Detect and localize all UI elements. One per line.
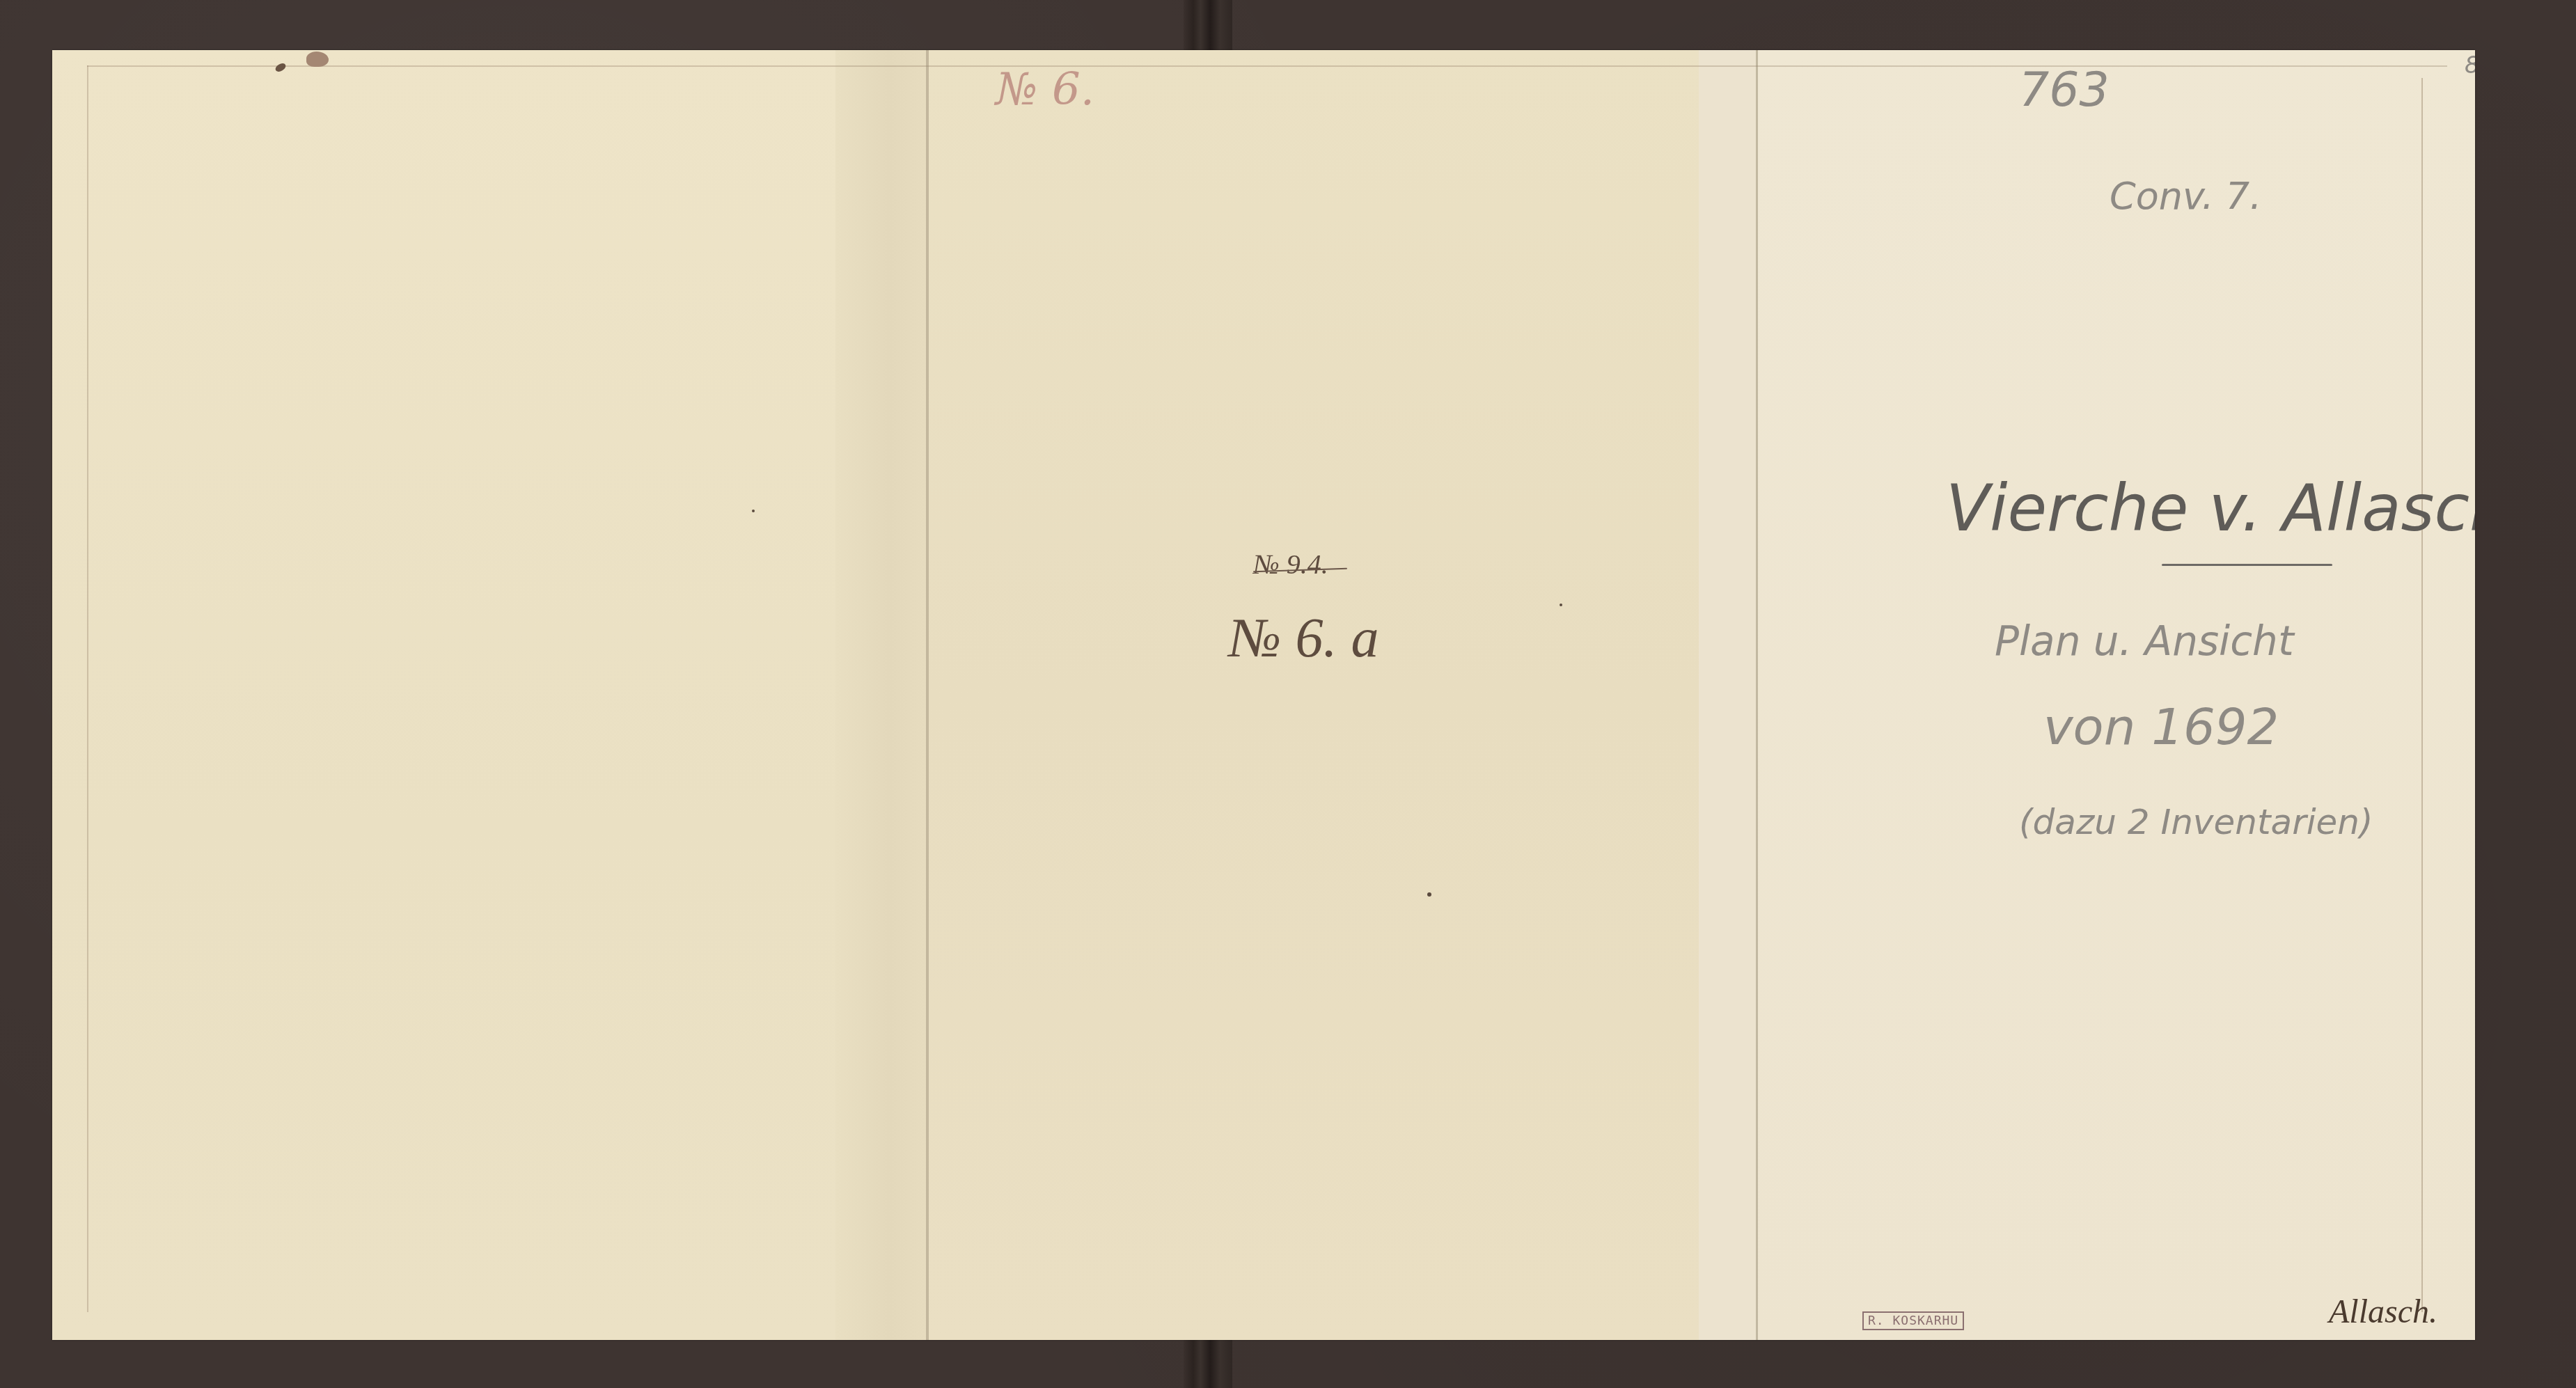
title-line-4: (dazu 2 Inventarien): [2019, 802, 2373, 842]
left-panel: [52, 50, 888, 1340]
fold-strip-left: [835, 50, 926, 1340]
right-panel: [1758, 50, 2475, 1340]
archive-stamp: R. KOSKARHU: [1862, 1311, 1964, 1330]
middle-panel: [929, 50, 1750, 1340]
new-number: № 6. a: [1229, 607, 1379, 670]
title-line-2: Plan u. Ansicht: [1995, 617, 2294, 665]
title-underline: [2162, 564, 2332, 566]
old-number-struck: № 9.4.: [1253, 548, 1328, 581]
catalog-number: 763: [2019, 63, 2110, 118]
ink-dot: [1560, 604, 1562, 606]
ink-stain: [306, 52, 329, 67]
document-sheet: № 6. № 9.4. № 6. a 763 8 Conv. 7. Vierch…: [52, 50, 2475, 1340]
ruled-border-left: [87, 65, 88, 1312]
red-crayon-number: № 6.: [996, 64, 1094, 116]
place-signature: Allasch.: [2329, 1293, 2437, 1331]
ink-dot: [752, 510, 755, 512]
title-line-3: von 1692: [2043, 697, 2279, 756]
fold-line-left: [926, 50, 929, 1340]
ink-dot: [1427, 892, 1431, 897]
fold-line-right: [1756, 50, 1758, 1340]
title-line-1: Vierche v. Allasch: [1946, 471, 2475, 546]
corner-mark: 8: [2465, 52, 2475, 79]
convolut-label: Conv. 7.: [2110, 174, 2261, 218]
ruled-border-right: [2421, 78, 2423, 1312]
